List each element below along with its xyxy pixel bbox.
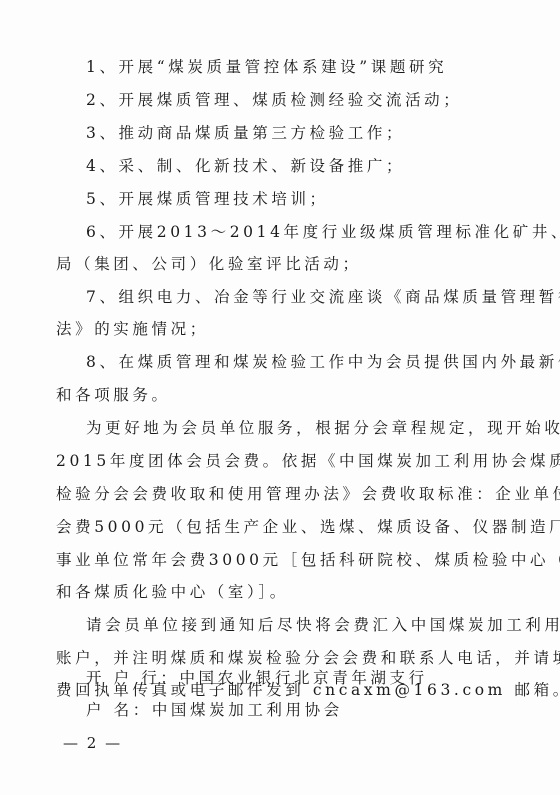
fee-paragraph-line-3: 检验分会会费收取和使用管理办法》会费收取标准：企业单位常年 <box>56 484 560 504</box>
item-5: 5、开展煤质管理技术培训； <box>86 189 329 209</box>
item-6-line-1: 6、开展2013～2014年度行业级煤质管理标准化矿井、标准化 <box>86 222 560 242</box>
item-4: 4、采、制、化新技术、新设备推广； <box>86 156 405 176</box>
account-name-line: 户 名：中国煤炭加工利用协会 <box>86 700 343 720</box>
item-8-line-1: 8、在煤质管理和煤炭检验工作中为会员提供国内外最新信息 <box>86 352 560 372</box>
fee-paragraph-line-4: 会费5000元（包括生产企业、选煤、煤质设备、仪器制造厂等）； <box>56 517 560 537</box>
payment-paragraph-line-1: 请会员单位接到通知后尽快将会费汇入中国煤炭加工利用协会 <box>86 615 560 635</box>
item-7-line-2: 法》的实施情况； <box>56 319 209 339</box>
fee-paragraph-line-5: 事业单位常年会费3000元［包括科研院校、煤质检验中心（站） <box>56 550 560 570</box>
page-number: — 2 — <box>63 734 122 752</box>
fee-paragraph-line-2: 2015年度团体会员会费。依据《中国煤炭加工利用协会煤质和煤炭 <box>56 451 560 471</box>
item-1: 1、开展“煤炭质量管控体系建设”课题研究 <box>86 57 447 77</box>
item-8-line-2: 和各项服务。 <box>56 385 171 405</box>
item-3: 3、推动商品煤质量第三方检验工作； <box>86 123 405 143</box>
payment-paragraph-line-2: 账户，并注明煤质和煤炭检验分会会费和联系人电话，并请填写会 <box>56 648 560 668</box>
item-6-line-2: 局（集团、公司）化验室评比活动； <box>56 254 362 274</box>
document-page: 1、开展“煤炭质量管控体系建设”课题研究 2、开展煤质管理、煤质检测经验交流活动… <box>0 0 560 795</box>
fee-paragraph-line-1: 为更好地为会员单位服务，根据分会章程规定，现开始收取 <box>86 418 560 438</box>
fee-paragraph-line-6: 和各煤质化验中心（室）］。 <box>56 582 289 602</box>
item-2: 2、开展煤质管理、煤质检测经验交流活动； <box>86 90 462 110</box>
bank-name-line: 开 户 行：中国农业银行北京青年湖支行 <box>86 668 428 688</box>
item-7-line-1: 7、组织电力、冶金等行业交流座谈《商品煤质量管理暂行办 <box>86 287 560 307</box>
